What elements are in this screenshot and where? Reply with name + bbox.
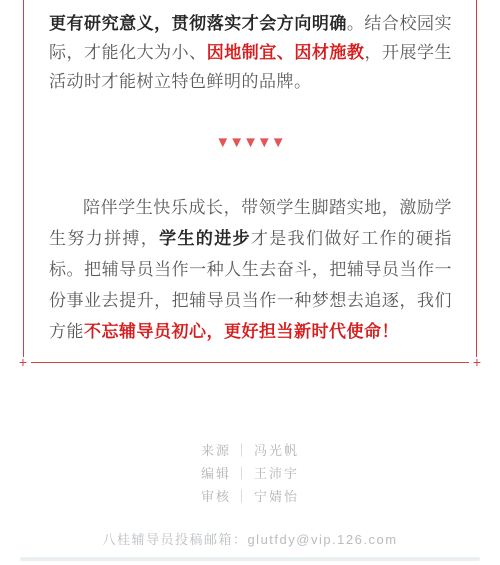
submission-mailbox-footer: 八桂辅导员投稿邮箱：glutfdy@vip.126.com xyxy=(0,532,500,548)
article-paragraph-2: 陪伴学生快乐成长，带领学生脚踏实地，激励学生努力拼搏，学生的进步才是我们做好工作… xyxy=(49,192,452,347)
credit-separator: ｜ xyxy=(231,443,254,458)
credits-block: 来源｜冯光帆 编辑｜王沛宇 审核｜宁婧怡 xyxy=(0,439,500,508)
frame-corner-cross-icon: + xyxy=(470,355,484,369)
frame-border-left xyxy=(23,0,24,357)
triangles-divider-icon: ▼▼▼▼▼ xyxy=(0,134,500,152)
credit-separator: ｜ xyxy=(231,466,254,481)
credit-name: 王沛宇 xyxy=(254,466,299,481)
article-paragraph-1: 更有研究意义，贯彻落实才会方向明确。结合校园实际，才能化大为小、因地制宜、因材施… xyxy=(49,9,452,96)
credit-role: 编辑 xyxy=(201,466,231,481)
frame-border-bottom xyxy=(31,362,469,363)
credit-source: 来源｜冯光帆 xyxy=(0,439,500,462)
frame-corner-cross-icon: + xyxy=(16,355,30,369)
credit-reviewer: 审核｜宁婧怡 xyxy=(0,485,500,508)
paragraph2-bold-text: 学生的进步 xyxy=(159,229,251,248)
paragraph1-bold-text: 更有研究意义，贯彻落实才会方向明确 xyxy=(49,14,347,33)
credit-name: 宁婧怡 xyxy=(254,489,299,504)
paragraph1-red-text: 因地制宜、因材施教 xyxy=(207,43,365,62)
credit-role: 来源 xyxy=(201,443,231,458)
mailbox-label: 八桂辅导员投稿邮箱： xyxy=(102,532,247,547)
bottom-divider xyxy=(20,557,480,561)
credit-separator: ｜ xyxy=(231,489,254,504)
mailbox-email: glutfdy@vip.126.com xyxy=(247,532,397,547)
paragraph2-red-text: 不忘辅导员初心，更好担当新时代使命！ xyxy=(84,322,399,341)
credit-name: 冯光帆 xyxy=(254,443,299,458)
frame-border-right xyxy=(476,0,477,357)
credit-editor: 编辑｜王沛宇 xyxy=(0,462,500,485)
credit-role: 审核 xyxy=(201,489,231,504)
